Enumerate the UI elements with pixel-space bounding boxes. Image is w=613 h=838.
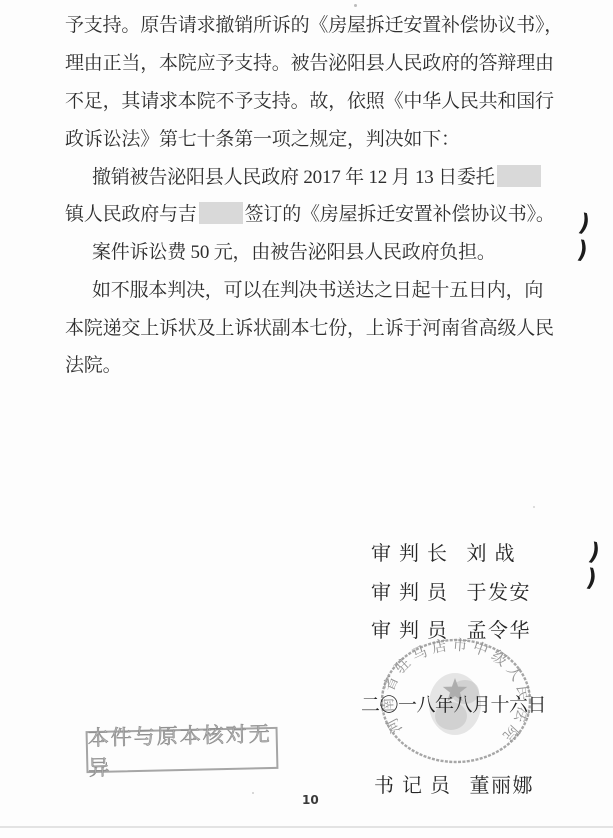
- judge-line-1: 审 判 员于发安: [371, 576, 531, 605]
- clerk-line: 书 记 员董丽娜: [374, 769, 534, 798]
- body-line-4: 政诉讼法》第七十条第一项之规定，判决如下：: [65, 124, 460, 151]
- certification-stamp: 本件与原本核对无异: [86, 727, 279, 773]
- judgment-scan-page: 予支持。原告请求撤销所诉的《房屋拆迁安置补偿协议书》， 理由正当，本院应予支持。…: [0, 0, 613, 838]
- judge-2-role: 审 判 员: [371, 620, 449, 642]
- body-line-5: 撤销被告泌阳县人民政府 2017 年 12 月 13 日委托: [92, 162, 543, 189]
- clerk-name: 董丽娜: [470, 775, 535, 797]
- body-line-6: 镇人民政府与吉签订的《房屋拆迁安置补偿协议书》。: [65, 199, 555, 226]
- scan-speck: [354, 4, 357, 7]
- clerk-role: 书 记 员: [374, 775, 452, 797]
- scan-edge-line: [0, 826, 613, 828]
- judge-1-role: 审 判 员: [371, 582, 449, 604]
- page-number: 10: [302, 793, 319, 807]
- body-line-3: 不足，其请求本院不予支持。故，依照《中华人民共和国行: [65, 86, 554, 113]
- judge-line-2: 审 判 员孟令华: [371, 614, 531, 643]
- certification-stamp-text: 本件与原本核对无异: [87, 718, 276, 782]
- body-line-5-text: 撤销被告泌阳县人民政府 2017 年 12 月 13 日委托: [92, 167, 495, 188]
- judge-1-name: 于发安: [467, 582, 532, 604]
- body-line-2: 理由正当，本院应予支持。被告泌阳县人民政府的答辩理由: [65, 48, 554, 75]
- body-line-7: 案件诉讼费 50 元，由被告泌阳县人民政府负担。: [92, 237, 496, 264]
- redaction-block: [497, 165, 541, 187]
- body-line-10: 法院。: [65, 350, 121, 377]
- presiding-judge-name: 刘 战: [467, 543, 517, 565]
- judgment-date: 二〇一八年八月十六日: [361, 690, 546, 717]
- presiding-judge-line: 审 判 长刘 战: [371, 537, 516, 566]
- pen-mark: ): [584, 563, 598, 592]
- body-line-6-pre: 镇人民政府与吉: [65, 204, 197, 225]
- pen-mark: ): [576, 208, 592, 238]
- scan-speck: [252, 792, 254, 794]
- body-line-9: 本院递交上诉状及上诉状副本七份，上诉于河南省高级人民: [65, 313, 554, 340]
- scan-speck: [533, 506, 535, 508]
- body-line-1: 予支持。原告请求撤销所诉的《房屋拆迁安置补偿协议书》，: [65, 10, 563, 37]
- pen-mark: ): [575, 235, 589, 264]
- body-line-8: 如不服本判决，可以在判决书送达之日起十五日内，向: [92, 275, 543, 302]
- presiding-judge-role: 审 判 长: [371, 543, 449, 565]
- judge-2-name: 孟令华: [467, 620, 532, 642]
- body-line-6-post: 签订的《房屋拆迁安置补偿协议书》。: [245, 204, 555, 225]
- pen-mark: ): [586, 537, 602, 567]
- redaction-block: [199, 202, 243, 224]
